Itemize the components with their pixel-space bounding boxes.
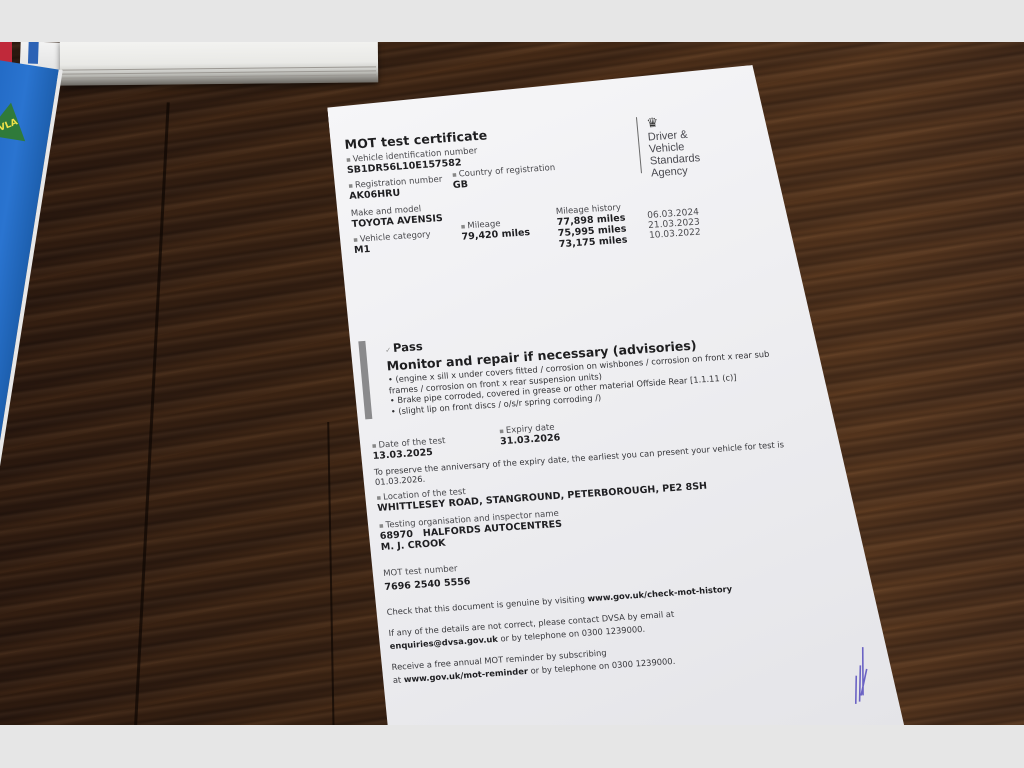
- category-field: ▪Vehicle category M1: [353, 230, 432, 256]
- check-mot-history-link[interactable]: www.gov.uk/check-mot-history: [587, 584, 732, 604]
- result-section: ✓Pass Monitor and repair if necessary (a…: [385, 314, 792, 416]
- info-icon: ▪: [376, 494, 381, 502]
- pass-status: Pass: [392, 339, 423, 355]
- table-plank-seam: [133, 102, 169, 725]
- info-icon: ▪: [348, 182, 353, 190]
- make-model-field: Make and model TOYOTA AVENSIS: [350, 203, 443, 230]
- history-date: 10.03.2022: [649, 228, 701, 242]
- registration-field: ▪Registration number AK06HRU: [348, 175, 444, 202]
- mileage-history: Mileage history 77,898 miles 75,995 mile…: [556, 198, 702, 251]
- info-icon: ▪: [460, 222, 465, 230]
- mot-certificate: MOT test certificate ♛ Driver & Vehicle …: [326, 59, 907, 725]
- testing-org-field: ▪Testing organisation and inspector name…: [379, 509, 564, 553]
- info-icon: ▪: [499, 427, 504, 435]
- pass-status-bar: [358, 341, 372, 419]
- logo-divider: [636, 117, 642, 173]
- info-icon: ▪: [452, 171, 457, 179]
- check-icon: ✓: [385, 346, 392, 354]
- test-number-field: MOT test number 7696 2540 5556: [383, 563, 471, 593]
- inspector-signature: [845, 645, 874, 707]
- photo-background: DVLA AK06 HRU MOT test certificate ♛ Dri…: [0, 42, 1024, 725]
- mileage-field: ▪Mileage 79,420 miles: [460, 217, 530, 243]
- test-date-field: ▪Date of the test 13.03.2025: [371, 436, 447, 462]
- info-icon: ▪: [371, 442, 376, 450]
- info-icon: ▪: [353, 236, 358, 244]
- dvla-booklet: DVLA AK06 HRU: [0, 54, 63, 485]
- royal-crest-icon: ♛: [646, 116, 659, 132]
- expiry-date-field: ▪Expiry date 31.03.2026: [499, 422, 561, 447]
- certificate-content: MOT test certificate ♛ Driver & Vehicle …: [344, 105, 814, 137]
- paper-stack: [60, 42, 378, 86]
- info-icon: ▪: [379, 522, 384, 530]
- agency-name: Driver & Vehicle Standards Agency: [647, 128, 701, 179]
- table-plank-seam: [327, 422, 335, 725]
- info-icon: ▪: [346, 156, 351, 164]
